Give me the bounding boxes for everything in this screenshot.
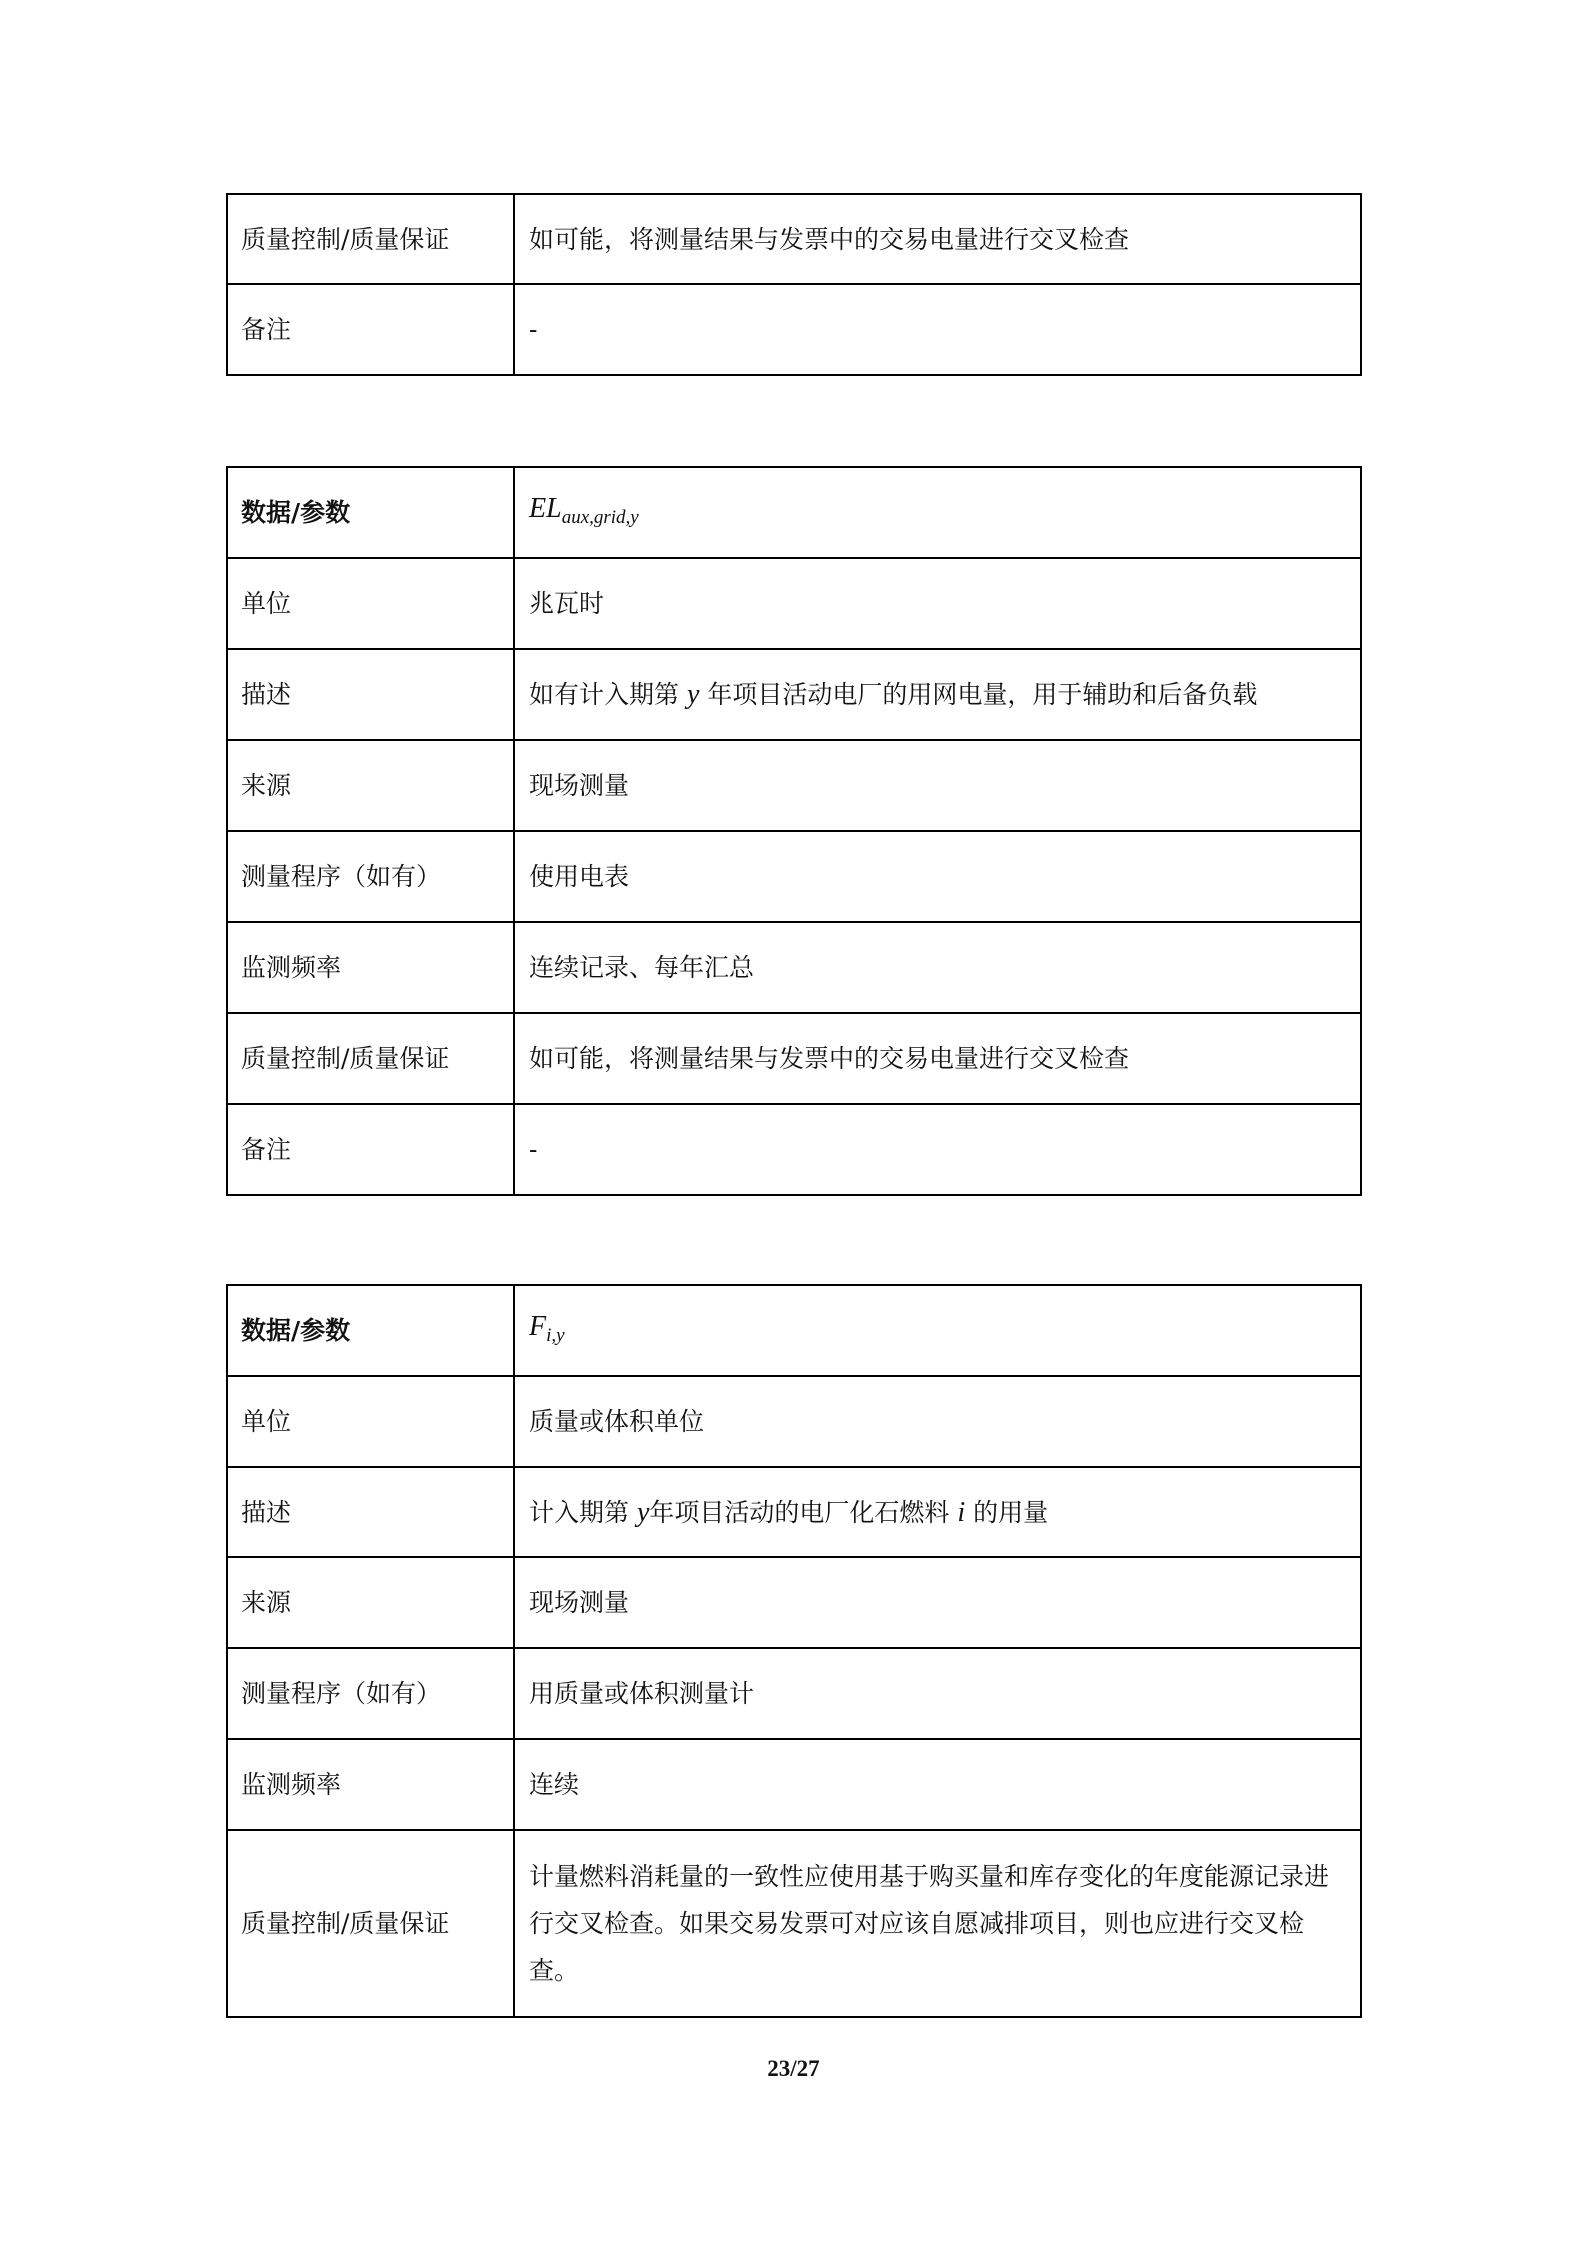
parameter-table-continued: 质量控制/质量保证 如可能，将测量结果与发票中的交易电量进行交叉检查 备注 - <box>226 193 1362 376</box>
row-label: 来源 <box>227 740 514 831</box>
table-row: 来源 现场测量 <box>227 740 1361 831</box>
row-value: - <box>514 284 1361 375</box>
parameter-symbol: ELaux,grid,y <box>514 467 1361 558</box>
row-label: 单位 <box>227 1376 514 1467</box>
row-value: 兆瓦时 <box>514 558 1361 649</box>
symbol-subscript: i,y <box>546 1325 564 1346</box>
table-row: 质量控制/质量保证 如可能，将测量结果与发票中的交易电量进行交叉检查 <box>227 194 1361 284</box>
row-label: 单位 <box>227 558 514 649</box>
row-value: 现场测量 <box>514 740 1361 831</box>
table-row: 备注 - <box>227 284 1361 375</box>
row-label: 备注 <box>227 1104 514 1195</box>
row-value: 现场测量 <box>514 1557 1361 1648</box>
symbol-main: F <box>529 1311 546 1342</box>
parameter-table-fuel-consumption: 数据/参数 Fi,y 单位 质量或体积单位 描述 计入期第 y年项目活动的电厂化… <box>226 1284 1362 2018</box>
row-value: 如可能，将测量结果与发票中的交易电量进行交叉检查 <box>514 1013 1361 1104</box>
text: 的用量 <box>965 1498 1048 1527</box>
table-row: 单位 兆瓦时 <box>227 558 1361 649</box>
row-label: 监测频率 <box>227 1739 514 1830</box>
text: 年项目活动的电厂化石燃料 <box>649 1498 957 1527</box>
table-header-row: 数据/参数 Fi,y <box>227 1285 1361 1376</box>
row-value: 如有计入期第 y 年项目活动电厂的用网电量，用于辅助和后备负载 <box>514 649 1361 740</box>
parameter-symbol: Fi,y <box>514 1285 1361 1376</box>
table-header-row: 数据/参数 ELaux,grid,y <box>227 467 1361 558</box>
table-row: 质量控制/质量保证 如可能，将测量结果与发票中的交易电量进行交叉检查 <box>227 1013 1361 1104</box>
row-label: 测量程序（如有） <box>227 1648 514 1739</box>
table-row: 质量控制/质量保证 计量燃料消耗量的一致性应使用基于购买量和库存变化的年度能源记… <box>227 1830 1361 2017</box>
header-label: 数据/参数 <box>227 467 514 558</box>
table-row: 单位 质量或体积单位 <box>227 1376 1361 1467</box>
row-value: 质量或体积单位 <box>514 1376 1361 1467</box>
row-label: 来源 <box>227 1557 514 1648</box>
table-row: 描述 计入期第 y年项目活动的电厂化石燃料 i 的用量 <box>227 1467 1361 1557</box>
symbol-main: EL <box>529 493 562 524</box>
row-label: 测量程序（如有） <box>227 831 514 922</box>
table-row: 测量程序（如有） 用质量或体积测量计 <box>227 1648 1361 1739</box>
row-label: 质量控制/质量保证 <box>227 1830 514 2017</box>
row-value: 计量燃料消耗量的一致性应使用基于购买量和库存变化的年度能源记录进行交叉检查。如果… <box>514 1830 1361 2017</box>
row-value: 如可能，将测量结果与发票中的交易电量进行交叉检查 <box>514 194 1361 284</box>
row-label: 描述 <box>227 649 514 740</box>
parameter-table-el-aux-grid: 数据/参数 ELaux,grid,y 单位 兆瓦时 描述 如有计入期第 y 年项… <box>226 466 1362 1196</box>
row-value: 连续 <box>514 1739 1361 1830</box>
table-row: 监测频率 连续记录、每年汇总 <box>227 922 1361 1013</box>
header-label: 数据/参数 <box>227 1285 514 1376</box>
table-row: 测量程序（如有） 使用电表 <box>227 831 1361 922</box>
table-row: 监测频率 连续 <box>227 1739 1361 1830</box>
text: 计入期第 <box>529 1498 637 1527</box>
row-label: 备注 <box>227 284 514 375</box>
row-label: 质量控制/质量保证 <box>227 194 514 284</box>
text: 如有计入期第 <box>529 680 687 709</box>
row-label: 监测频率 <box>227 922 514 1013</box>
table-row: 备注 - <box>227 1104 1361 1195</box>
text: 年项目活动电厂的用网电量，用于辅助和后备负载 <box>699 680 1257 709</box>
row-label: 质量控制/质量保证 <box>227 1013 514 1104</box>
row-value: 使用电表 <box>514 831 1361 922</box>
row-value: - <box>514 1104 1361 1195</box>
row-label: 描述 <box>227 1467 514 1557</box>
table-row: 来源 现场测量 <box>227 1557 1361 1648</box>
table-row: 描述 如有计入期第 y 年项目活动电厂的用网电量，用于辅助和后备负载 <box>227 649 1361 740</box>
row-value: 用质量或体积测量计 <box>514 1648 1361 1739</box>
variable: i <box>957 1497 965 1528</box>
page-number: 23/27 <box>0 2056 1587 2082</box>
row-value: 计入期第 y年项目活动的电厂化石燃料 i 的用量 <box>514 1467 1361 1557</box>
variable: y <box>687 679 699 710</box>
symbol-subscript: aux,grid,y <box>562 507 639 528</box>
variable: y <box>637 1497 649 1528</box>
row-value: 连续记录、每年汇总 <box>514 922 1361 1013</box>
